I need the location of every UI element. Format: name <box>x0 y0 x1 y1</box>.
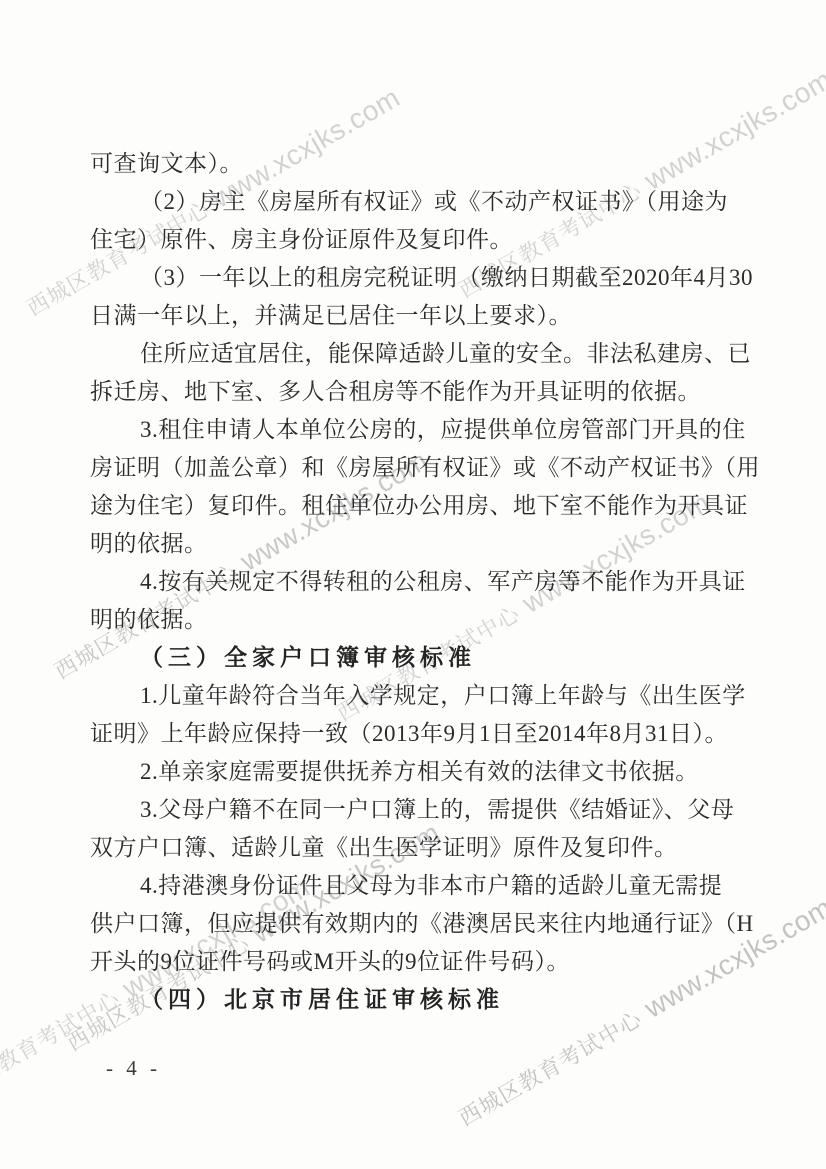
text-line: （3）一年以上的租房完税证明（缴纳日期截至2020年4月30 <box>90 259 755 297</box>
text-line: 日满一年以上，并满足已居住一年以上要求）。 <box>90 297 755 335</box>
text-line: 房证明（加盖公章）和《房屋所有权证》或《不动产权证书》（用 <box>90 449 755 487</box>
text-line: 4.按有关规定不得转租的公租房、军产房等不能作为开具证 <box>90 563 755 601</box>
text-line: 3.父母户籍不在同一户口簿上的，需提供《结婚证》、父母 <box>90 791 755 829</box>
document-page: 西城区教育考试中心www.xcxjks.com西城区教育考试中心www.xcxj… <box>0 0 826 1169</box>
text-line: 住宅）原件、房主身份证原件及复印件。 <box>90 221 755 259</box>
text-line: （2）房主《房屋所有权证》或《不动产权证书》（用途为 <box>90 183 755 221</box>
text-line: 供户口簿，但应提供有效期内的《港澳居民来往内地通行证》（H <box>90 905 755 943</box>
text-line: 1.儿童年龄符合当年入学规定，户口簿上年龄与《出生医学 <box>90 677 755 715</box>
text-line: 双方户口簿、适龄儿童《出生医学证明》原件及复印件。 <box>90 829 755 867</box>
text-line: 住所应适宜居住，能保障适龄儿童的安全。非法私建房、已 <box>90 335 755 373</box>
document-body: 可查询文本）。（2）房主《房屋所有权证》或《不动产权证书》（用途为住宅）原件、房… <box>90 145 755 1019</box>
text-line: 证明》上年龄应保持一致（2013年9月1日至2014年8月31日）。 <box>90 715 755 753</box>
text-line: 3.租住申请人本单位公房的，应提供单位房管部门开具的住 <box>90 411 755 449</box>
text-line: 开头的9位证件号码或M开头的9位证件号码）。 <box>90 943 755 981</box>
text-line: 明的依据。 <box>90 525 755 563</box>
section-heading: （三）全家户口簿审核标准 <box>90 639 755 677</box>
text-line: 4.持港澳身份证件且父母为非本市户籍的适龄儿童无需提 <box>90 867 755 905</box>
text-line: 可查询文本）。 <box>90 145 755 183</box>
watermark-cn: 西城区教育考试中心 <box>455 1006 647 1131</box>
text-line: 途为住宅）复印件。租住单位办公用房、地下室不能作为开具证 <box>90 487 755 525</box>
text-line: 拆迁房、地下室、多人合租房等不能作为开具证明的依据。 <box>90 373 755 411</box>
text-line: 2.单亲家庭需要提供抚养方相关有效的法律文书依据。 <box>90 753 755 791</box>
section-heading: （四）北京市居住证审核标准 <box>90 981 755 1019</box>
text-line: 明的依据。 <box>90 601 755 639</box>
page-number: - 4 - <box>106 1056 161 1081</box>
